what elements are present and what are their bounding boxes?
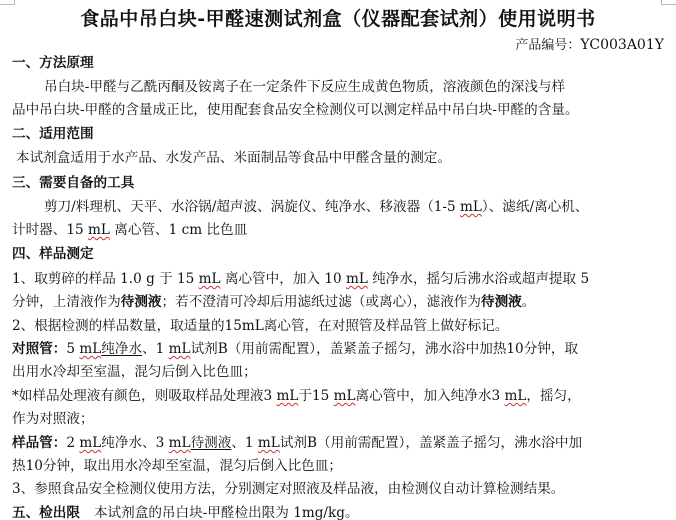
section-heading-sample-test: 四、样品测定 — [12, 243, 94, 265]
paragraph-line: 本试剂盒适用于水产品、水发产品、米面制品等食品中甲醛含量的测定。 — [16, 147, 451, 169]
text: ；若不澄清可冷却后用滤纸过滤（或离心），滤液作为 — [162, 294, 481, 310]
paragraph-line: 剪刀/料理机、天平、水浴锅/超声波、涡旋仪、纯净水、移液器（1-5 mL）、滤纸… — [44, 196, 588, 218]
unit-text: mL — [79, 341, 101, 357]
section-heading-detection-limit: 五、检出限 — [12, 505, 80, 520]
unit-text: mL — [79, 435, 101, 451]
text: 纯净水，摇匀后沸水浴或超声提取 5 — [368, 271, 589, 287]
bold-term: 待测液 — [481, 294, 522, 310]
paragraph-line: 吊白块-甲醛与乙酰丙酮及铵离子在一定条件下反应生成黄色物质，溶液颜色的深浅与样 — [44, 76, 565, 98]
text: 离心管中，加入纯净水3 — [356, 388, 505, 404]
paragraph-line: 出用水冷却至室温，混匀后倒入比色皿； — [12, 361, 257, 383]
paragraph-line: 3、参照食品安全检测仪使用方法，分别测定对照液及样品液，由检测仪自动计算检测结果… — [12, 478, 564, 500]
paragraph-line: *如样品处理液有颜色，则吸取样品处理液3 mL于15 mL离心管中，加入纯净水3… — [12, 385, 581, 407]
text: ，摇匀， — [526, 388, 580, 404]
product-code-value: YC003A01Y — [580, 37, 664, 53]
paragraph-line: 2、根据检测的样品数量，取适量的15mL离心管，在对照管及样品管上做好标记。 — [12, 315, 508, 337]
text: 5 — [66, 341, 79, 357]
paragraph-line: 热10分钟，取出用水冷却至室温，混匀后倒入比色皿； — [12, 455, 342, 477]
unit-text: mL — [504, 388, 526, 404]
text: 试剂B（用前需配置），盖紧盖子摇匀，沸水浴中加热10分钟，取 — [191, 341, 579, 357]
paragraph-line: 品中吊白块-甲醛的含量成正比，使用配套食品安全检测仪可以测定样品中吊白块-甲醛的… — [12, 99, 579, 121]
sample-tube-label: 样品管： — [12, 435, 66, 451]
unit-text: mL — [460, 199, 482, 215]
text: 计时器、15 — [12, 222, 88, 238]
text: 离心管中，加入 10 — [221, 271, 346, 287]
unit-text: mL — [169, 341, 191, 357]
text: 本试剂盒的吊白块-甲醛检出限为 1mg/kg。 — [94, 505, 359, 520]
paragraph-line: 分钟，上清液作为待测液；若不澄清可冷却后用滤纸过滤（或离心），滤液作为待测液。 — [12, 291, 535, 313]
document-title: 食品中吊白块-甲醛速测试剂盒（仪器配套试剂）使用说明书 — [0, 4, 676, 31]
product-code: 产品编号：YC003A01Y — [515, 34, 664, 53]
paragraph-line: 样品管：2 mL纯净水、3 mL待测液、1 mL试剂B（用前需配置），盖紧盖子摇… — [12, 432, 582, 454]
paragraph-line: 作为对照液； — [12, 408, 94, 430]
text: 试剂B（用前需配置），盖紧盖子摇匀，沸水浴中加 — [280, 435, 582, 451]
text: 、1 — [142, 341, 169, 357]
control-tube-label: 对照管： — [12, 341, 66, 357]
section-heading-method: 一、方法原理 — [12, 52, 94, 74]
unit-text: mL — [88, 222, 110, 238]
paragraph-line: 对照管：5 mL纯净水、1 mL试剂B（用前需配置），盖紧盖子摇匀，沸水浴中加热… — [12, 338, 578, 360]
unit-text: mL — [258, 435, 280, 451]
text: 。 — [522, 294, 536, 310]
text: *如样品处理液有颜色，则吸取样品处理液3 — [12, 388, 276, 404]
text: 纯净水、3 — [101, 435, 168, 451]
section-heading-tools: 三、需要自备的工具 — [12, 172, 134, 194]
detection-limit-line: 五、检出限本试剂盒的吊白块-甲醛检出限为 1mg/kg。 — [12, 502, 359, 520]
text: 于15 — [298, 388, 333, 404]
text: 1、取剪碎的样品 1.0 g 于 15 — [12, 271, 199, 287]
unit-text: mL — [334, 388, 356, 404]
unit-text: mL — [169, 435, 191, 451]
unit-text: mL — [346, 271, 368, 287]
unit-text: mL — [199, 271, 221, 287]
text: 2 — [66, 435, 79, 451]
text: 离心管、1 cm 比色皿 — [110, 222, 247, 238]
underlined-term: 纯净水 — [101, 341, 142, 357]
unit-text: mL — [276, 388, 298, 404]
text: 剪刀/料理机、天平、水浴锅/超声波、涡旋仪、纯净水、移液器（1-5 — [44, 199, 460, 215]
section-heading-scope: 二、适用范围 — [12, 123, 94, 145]
text: 、1 — [231, 435, 258, 451]
paragraph-line: 1、取剪碎的样品 1.0 g 于 15 mL 离心管中，加入 10 mL 纯净水… — [12, 268, 589, 290]
text: ）、滤纸/离心机、 — [482, 199, 589, 215]
bold-term: 待测液 — [121, 294, 162, 310]
underlined-term: 待测液 — [191, 435, 232, 451]
text: 分钟，上清液作为 — [12, 294, 121, 310]
product-code-label: 产品编号： — [515, 38, 580, 53]
paragraph-line: 计时器、15 mL 离心管、1 cm 比色皿 — [12, 219, 247, 241]
